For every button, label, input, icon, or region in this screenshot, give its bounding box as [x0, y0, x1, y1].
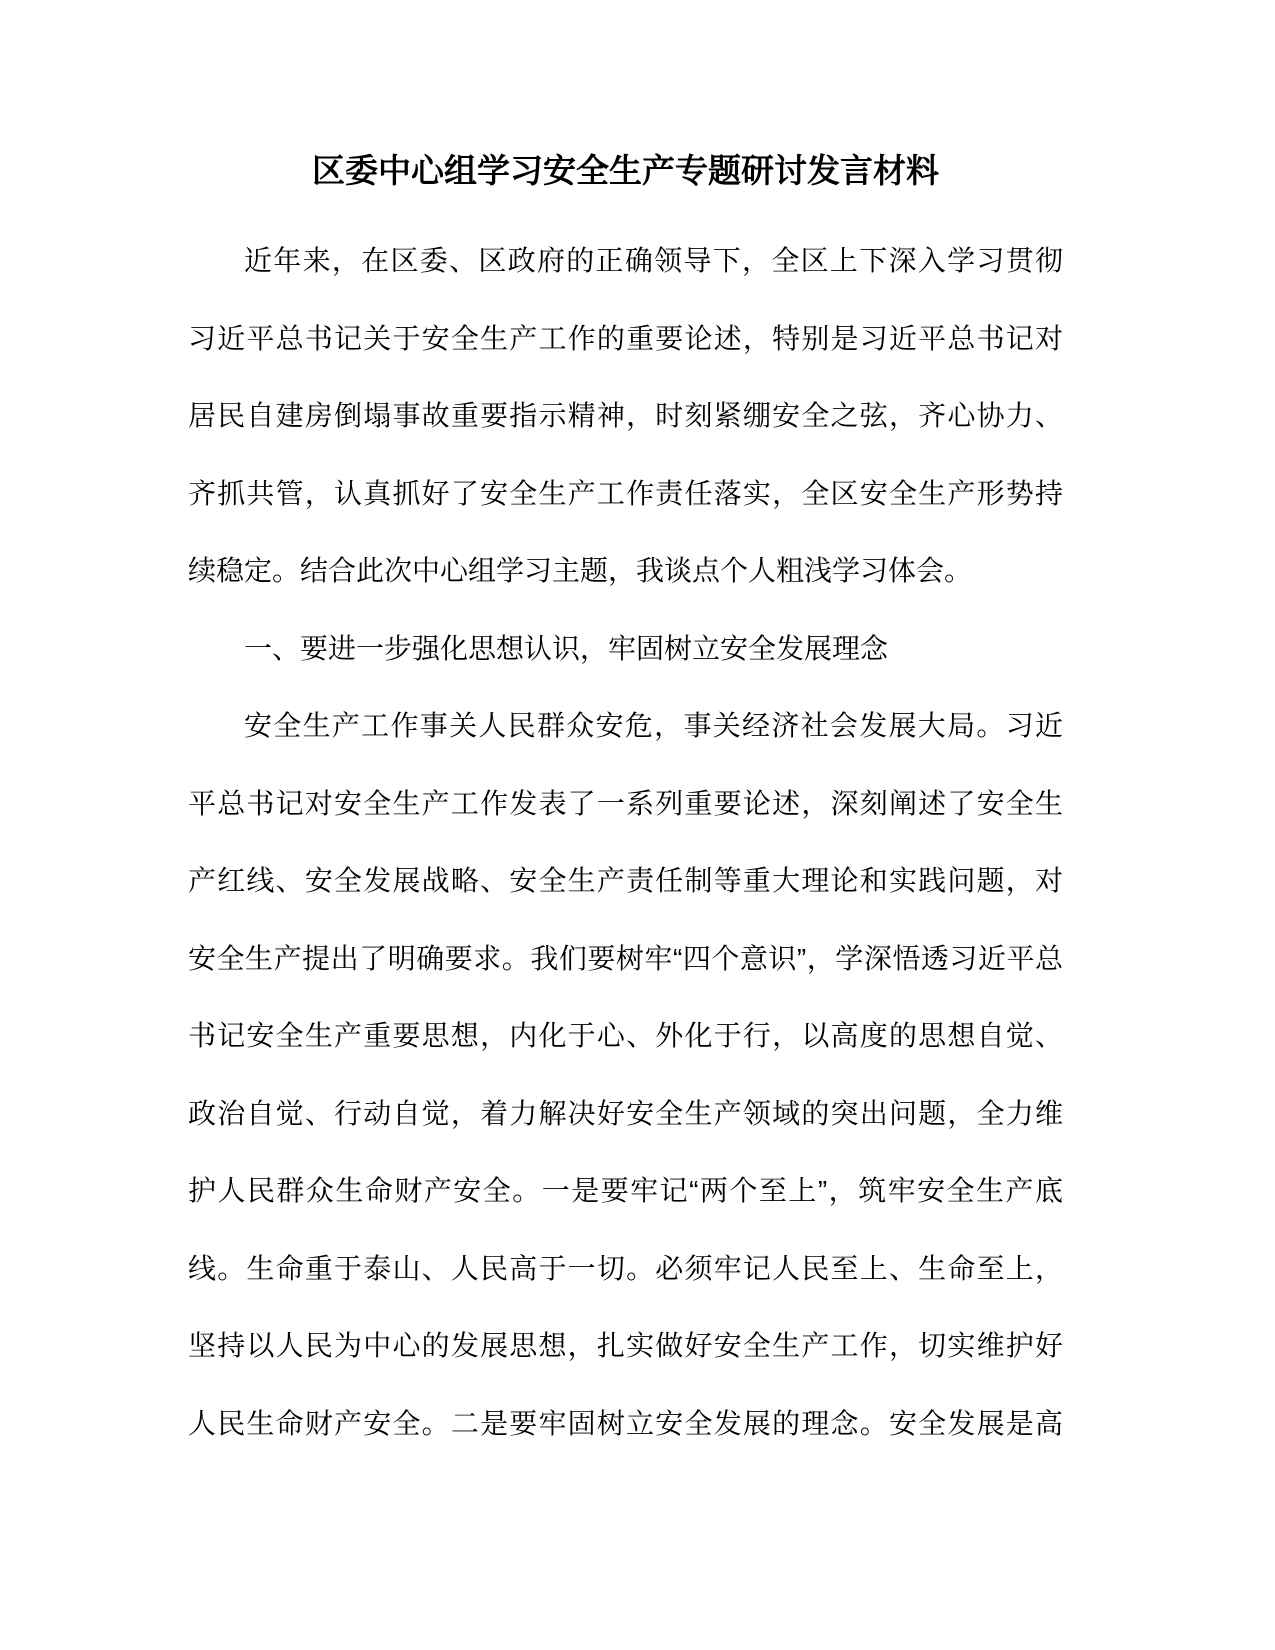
document-page: 区委中心组学习安全生产专题研讨发言材料 近年来，在区委、区政府的正确领导下，全区…	[0, 0, 1275, 1650]
text-line: 续稳定。结合此次中心组学习主题，我谈点个人粗浅学习体会。	[188, 532, 1063, 610]
text-line: 习近平总书记关于安全生产工作的重要论述，特别是习近平总书记对	[188, 300, 1063, 378]
text-line: 安全生产工作事关人民群众安危，事关经济社会发展大局。习近	[188, 687, 1063, 765]
document-title: 区委中心组学习安全生产专题研讨发言材料	[188, 141, 1063, 201]
text-line: 书记安全生产重要思想，内化于心、外化于行，以高度的思想自觉、	[188, 997, 1063, 1075]
text-line: 居民自建房倒塌事故重要指示精神，时刻紧绷安全之弦，齐心协力、	[188, 377, 1063, 455]
text-line: 线。生命重于泰山、人民高于一切。必须牢记人民至上、生命至上，	[188, 1230, 1063, 1308]
section-heading: 一、要进一步强化思想认识，牢固树立安全发展理念	[188, 610, 1063, 688]
text-line: 政治自觉、行动自觉，着力解决好安全生产领域的突出问题，全力维	[188, 1075, 1063, 1153]
text-line: 安全生产提出了明确要求。我们要树牢“四个意识”，学深悟透习近平总	[188, 920, 1063, 998]
text-line: 人民生命财产安全。二是要牢固树立安全发展的理念。安全发展是高	[188, 1385, 1063, 1463]
text-line: 齐抓共管，认真抓好了安全生产工作责任落实，全区安全生产形势持	[188, 455, 1063, 533]
text-line: 平总书记对安全生产工作发表了一系列重要论述，深刻阐述了安全生	[188, 765, 1063, 843]
text-line: 近年来，在区委、区政府的正确领导下，全区上下深入学习贯彻	[188, 222, 1063, 300]
text-line: 产红线、安全发展战略、安全生产责任制等重大理论和实践问题，对	[188, 842, 1063, 920]
document-body: 近年来，在区委、区政府的正确领导下，全区上下深入学习贯彻习近平总书记关于安全生产…	[188, 222, 1063, 1462]
text-line: 护人民群众生命财产安全。一是要牢记“两个至上”，筑牢安全生产底	[188, 1152, 1063, 1230]
text-line: 坚持以人民为中心的发展思想，扎实做好安全生产工作，切实维护好	[188, 1307, 1063, 1385]
